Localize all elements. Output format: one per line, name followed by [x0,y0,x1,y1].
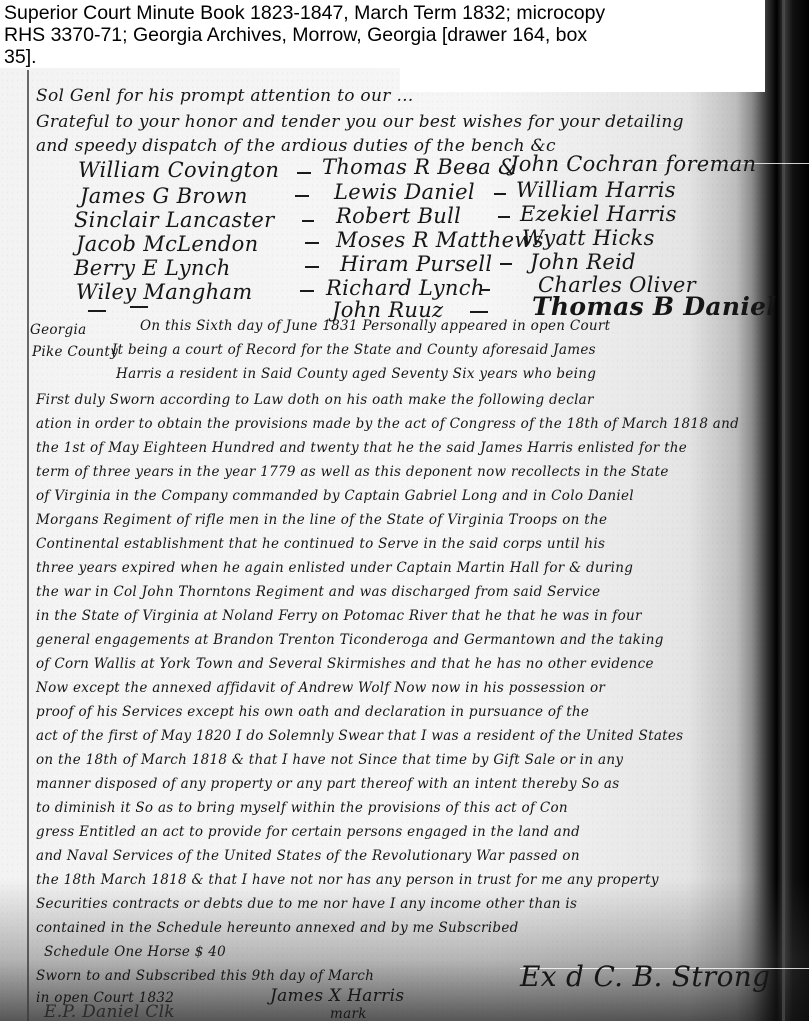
sworn-line: Sworn to and Subscribed this 9th day of … [36,968,374,984]
declaration-line: On this Sixth day of June 1831 Personall… [140,318,610,334]
separator-dash [305,242,319,244]
separator-dash [300,290,314,292]
declaration-line: Harris a resident in Said County aged Se… [116,366,596,382]
juror-name: Wiley Mangham [76,280,252,304]
juror-name: Jacob McLendon [76,232,258,256]
declaration-line: the 1st of May Eighteen Hundred and twen… [36,440,687,456]
juror-name: Robert Bull [336,204,461,228]
juror-name: Sinclair Lancaster [74,208,274,232]
separator-dash [130,306,148,308]
juror-name: Ezekiel Harris [520,202,677,226]
declaration-line: Morgans Regiment of rifle men in the lin… [36,512,607,528]
declaration-line: the war in Col John Thorntons Regiment a… [36,584,600,600]
declaration-line: proof of his Services except his own oat… [36,704,589,720]
deponent-mark: mark [330,1006,367,1021]
juror-name: Thomas B Daniel [532,292,776,321]
juror-name: Hiram Pursell [340,252,492,276]
separator-dash [305,266,319,268]
juror-name: Thomas R Bева & [322,155,517,179]
separator-dash [494,193,506,195]
caption-line-1: Superior Court Minute Book 1823-1847, Ma… [4,2,765,24]
juror-name: Lewis Daniel [334,180,475,204]
margin-county: Pike County [32,344,118,360]
clerk-signature: E.P. Daniel Clk [44,1002,175,1021]
left-margin-rule [27,70,29,1021]
separator-dash [500,263,512,265]
page-binding-edge [782,0,785,1021]
manuscript-line: Sol Genl for his prompt attention to our… [36,86,414,106]
separator-dash [88,310,106,312]
declaration-line: ation in order to obtain the provisions … [36,416,739,432]
separator-dash [295,195,309,197]
source-caption: Superior Court Minute Book 1823-1847, Ma… [0,0,765,68]
declaration-line: on the 18th of March 1818 & that I have … [36,752,623,768]
juror-name: William Harris [516,178,676,202]
juror-name: Richard Lynch [326,276,485,300]
declaration-line: manner disposed of any property or any p… [36,776,619,792]
declaration-line: in the State of Virginia at Noland Ferry… [36,608,642,624]
declaration-line: three years expired when he again enlist… [36,560,633,576]
declaration-line: the 18th March 1818 & that I have not no… [36,872,659,888]
declaration-line: Now except the annexed affidavit of Andr… [36,680,605,696]
juror-name: James G Brown [80,184,248,208]
separator-dash [302,220,314,222]
separator-dash [480,289,490,291]
deponent-signature: James X Harris [270,986,404,1006]
separator-dash [297,172,311,174]
juror-name: Moses R Matthews [336,228,544,252]
margin-state: Georgia [30,322,86,338]
juror-name: Berry E Lynch [74,256,231,280]
manuscript-line: and speedy dispatch of the ardious dutie… [36,136,556,156]
separator-dash [470,311,488,313]
declaration-line: general engagements at Brandon Trenton T… [36,632,664,648]
declaration-line: contained in the Schedule hereunto annex… [36,920,519,936]
juror-name: William Covington [78,158,279,182]
manuscript-line: Grateful to your honor and tender you ou… [36,112,684,132]
examiner-signature: Ex d C. B. Strong [520,960,770,993]
declaration-line: Continental establishment that he contin… [36,536,605,552]
declaration-line: gress Entitled an act to provide for cer… [36,824,580,840]
caption-line-3: 35]. [4,46,765,68]
declaration-line: First duly Sworn according to Law doth o… [36,392,594,408]
juror-name: Wyatt Hicks [522,226,655,250]
juror-name: John Reid [530,250,636,274]
caption-box-extension [400,68,765,92]
declaration-line: of Virginia in the Company commanded by … [36,488,634,504]
declaration-line: It being a court of Record for the State… [112,342,596,358]
declaration-line: term of three years in the year 1779 as … [36,464,669,480]
declaration-line: of Corn Wallis at York Town and Several … [36,656,654,672]
caption-line-2: RHS 3370-71; Georgia Archives, Morrow, G… [4,24,765,46]
juror-name: John Cochran foreman [510,152,756,176]
separator-dash [498,216,510,218]
declaration-line: to diminish it So as to bring myself wit… [36,800,568,816]
declaration-line: act of the first of May 1820 I do Solemn… [36,728,683,744]
declaration-line: and Naval Services of the United States … [36,848,580,864]
declaration-line: Securities contracts or debts due to me … [36,896,577,912]
schedule-line: Schedule One Horse $ 40 [44,944,226,960]
